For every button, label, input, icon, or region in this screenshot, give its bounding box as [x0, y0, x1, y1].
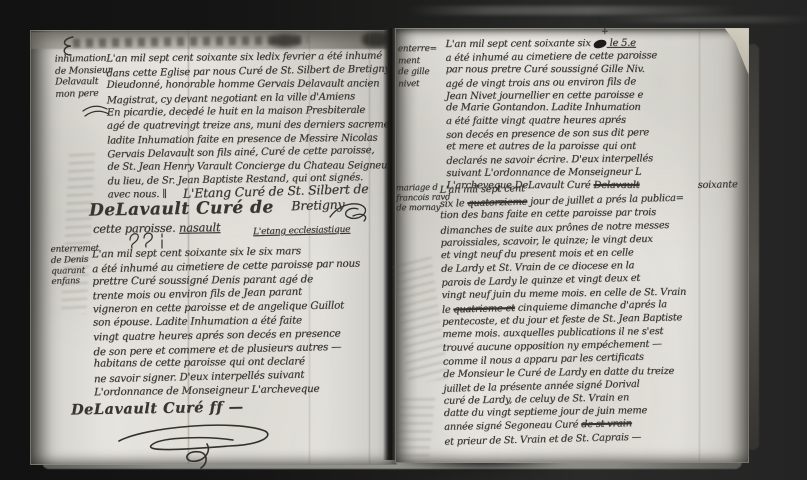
left-page: inhumationde MonsieurDelavaultmon pere L…: [30, 30, 397, 465]
ink-smudge: [269, 34, 301, 47]
paraph-swirl-icon: [326, 199, 374, 227]
right-page: + enterre=mentde gillenivet L'an mil sep…: [395, 28, 749, 463]
signature-delavault: DeLavault Curé de: [89, 197, 274, 220]
struck-text: quatrieme et: [453, 303, 515, 316]
scanner-glare-streak: [408, 6, 738, 15]
ink-bleed-through: [394, 392, 435, 465]
ink-bleed-through: [61, 148, 96, 314]
ink-blot-icon: [593, 38, 607, 49]
margin-note-line: nivet: [398, 78, 448, 90]
margin-note-line: ment: [398, 55, 448, 67]
entry-burial-denis: L'an mil sept cent soixante six le six m…: [92, 244, 396, 400]
margin-note-line: de gille: [398, 67, 448, 79]
signature-nasault: nasault: [179, 220, 221, 235]
entry-burial-delavault: L'an mil sept cent soixante six ledix fe…: [106, 50, 400, 203]
scanner-glare-streak: [600, 16, 807, 23]
margin-note-nivet: enterre=mentde gillenivet: [398, 44, 448, 91]
caret-mark: +: [601, 27, 608, 37]
signature-flourish-icon: [111, 419, 286, 469]
struck-text: quatorzieme: [467, 197, 527, 210]
entry-burial-gilles: L'an mil sept cent soixante six le 5.ea …: [445, 37, 743, 194]
letang-note: L'etang ecclesiastique: [253, 225, 350, 238]
signature-delavault-cure: DeLavault Curé ff —: [71, 398, 244, 418]
ink-bleed-through: [391, 255, 448, 384]
manuscript-line: de Marie Gontandon. Ladite Inhumation: [446, 102, 743, 115]
manuscript-line: suivant L'ordonnance de Monseigneur L: [446, 166, 743, 181]
margin-note-line: enterre=: [398, 44, 448, 56]
faded-header-stamp: [31, 32, 396, 49]
manuscript-scan: inhumationde MonsieurDelavaultmon pere L…: [0, 0, 807, 480]
struck-text: de st vrain: [581, 419, 632, 431]
entry-marriage-mornay: L'an mil sept centsoixantesix le quatorz…: [439, 179, 742, 448]
